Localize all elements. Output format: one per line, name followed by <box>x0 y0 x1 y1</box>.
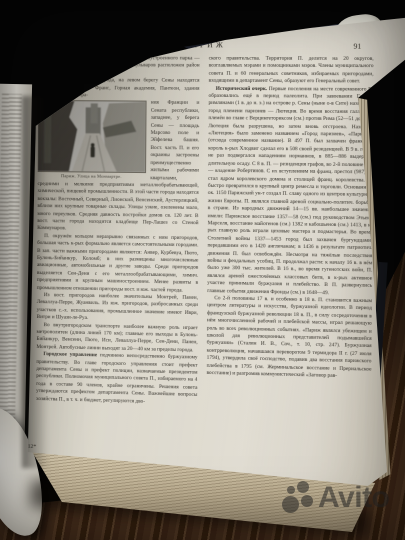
book-page: ПАРИЖ 91 к этому району прилегает большо… <box>24 14 405 496</box>
running-head: ПАРИЖ <box>39 40 374 50</box>
text-columns: к этому району прилегает большой массив … <box>36 55 398 463</box>
street-photo-image <box>38 101 146 172</box>
running-head-row: ПАРИЖ 91 <box>38 40 373 56</box>
right-column: ского правительства. Территория П. делит… <box>206 55 374 462</box>
run-in-heading: Исторический очерк. <box>216 85 269 91</box>
avito-logo-icon <box>301 495 313 507</box>
paragraph: Во внутригородском транспорте наиболее в… <box>36 322 197 355</box>
paragraph: В центральной части города, на левом бер… <box>38 77 199 100</box>
avito-logo-icon <box>297 481 309 493</box>
avito-logo-icon <box>287 486 295 494</box>
left-column: к этому району прилегает большой массив … <box>36 55 200 458</box>
page-content: ПАРИЖ 91 к этому району прилегает большо… <box>36 40 398 463</box>
paragraph: Из вост. пригородов наиболее значительны… <box>37 292 198 325</box>
paragraph: Со 2-й половины 17 в. и особенно в 18 в.… <box>207 295 372 381</box>
left-page-text-blur <box>0 94 22 462</box>
run-in-heading: Городское управление <box>43 351 100 358</box>
book-photo: ПАРИЖ 91 к этому району прилегает большо… <box>0 0 405 540</box>
avito-wordmark: Avito <box>318 481 389 515</box>
street-photo: Париж. Улица на Монмартре. <box>38 101 146 179</box>
page-number: 91 <box>353 42 361 51</box>
avito-watermark: Avito <box>280 478 405 536</box>
paragraph: Городское управление подчинено непосредс… <box>36 351 198 407</box>
paragraph: ского правительства. Территория П. делит… <box>209 55 374 86</box>
paragraph: к этому району прилегает большой массив … <box>38 55 199 78</box>
paragraph: Исторический очерк. Первые поселения на … <box>207 85 373 298</box>
gutter-shadow <box>22 96 48 468</box>
paragraph: П. окружён кольцом неразрывно связанных … <box>37 233 199 295</box>
avito-logo-icon <box>282 496 299 513</box>
